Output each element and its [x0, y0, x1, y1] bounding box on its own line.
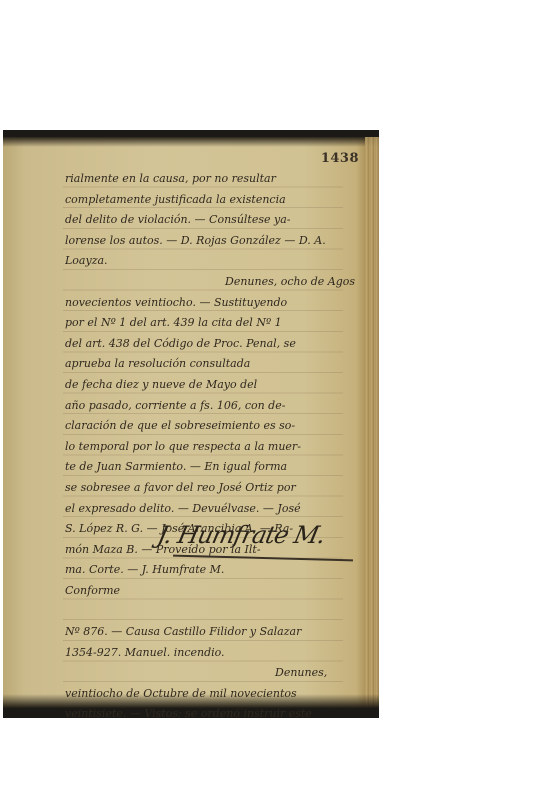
top-shadow	[3, 137, 379, 147]
page-edge-binding	[365, 137, 379, 708]
text-line: Denunes, ocho de Agosto de mil	[65, 272, 355, 293]
text-line: año pasado, corriente a fs. 106, con de-	[65, 396, 355, 417]
text-line: por el Nº 1 del art. 439 la cita del Nº …	[65, 313, 355, 334]
spacer	[65, 601, 355, 622]
bottom-shadow	[3, 694, 379, 708]
document-photo: 1438 rialmente en la causa, por no resul…	[3, 130, 379, 718]
text-line: completamente justificada la existencia	[65, 190, 355, 211]
text-line: Conforme	[65, 581, 355, 602]
text-line: se sobresee a favor del reo José Ortiz p…	[65, 478, 355, 499]
entry-header: Nº 876. — Causa Castillo Filidor y Salaz…	[65, 622, 355, 643]
text-line: Loayza.	[65, 251, 355, 272]
text-line: aprueba la resolución consultada	[65, 354, 355, 375]
text-line: lorense los autos. — D. Rojas González —…	[65, 231, 355, 252]
text-line: el expresado delito. — Devuélvase. — Jos…	[65, 499, 355, 520]
text-line: rialmente en la causa, por no resultar	[65, 169, 355, 190]
text-line: de fecha diez y nueve de Mayo del	[65, 375, 355, 396]
page-number: 1438	[321, 151, 359, 166]
text-line: te de Juan Sarmiento. — En igual forma	[65, 457, 355, 478]
text-line: Denunes,	[65, 663, 355, 684]
handwritten-text: rialmente en la causa, por no resultar c…	[65, 169, 355, 718]
ledger-page: 1438 rialmente en la causa, por no resul…	[3, 137, 379, 708]
text-line: ma. Corte. — J. Humfrate M.	[65, 560, 355, 581]
text-line: novecientos veintiocho. — Sustituyendo	[65, 293, 355, 314]
text-line: del art. 438 del Código de Proc. Penal, …	[65, 334, 355, 355]
signature: J. Humfrate M.	[155, 521, 327, 549]
text-line: del delito de violación. — Consúltese ya…	[65, 210, 355, 231]
entry-header: 1354-927. Manuel. incendio.	[65, 643, 355, 664]
text-line: lo temporal por lo que respecta a la mue…	[65, 437, 355, 458]
text-line: claración de que el sobreseimiento es so…	[65, 416, 355, 437]
